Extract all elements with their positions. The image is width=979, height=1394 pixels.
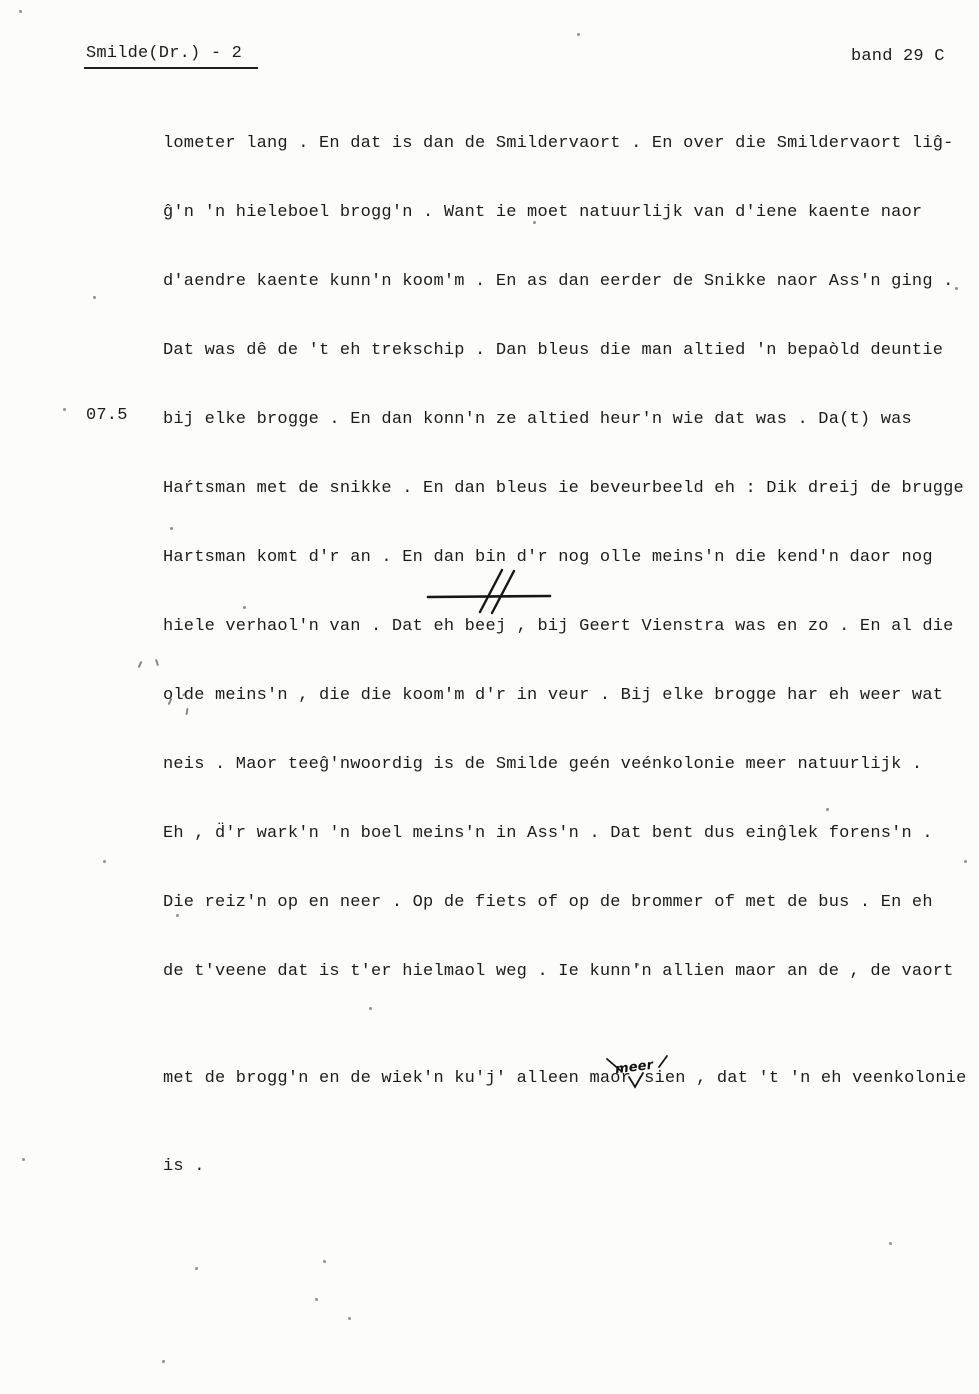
text-line: d'aendre kaente kunn'n koom'm . En as da… [163, 266, 967, 297]
text-segment: met de brogg'n en de wiek'n ku'j' alleen… [163, 1069, 631, 1088]
text-line: Die reiz'n op en neer . Op de fiets of o… [163, 887, 967, 918]
scanned-document-page: Smilde(Dr.) - 2 band 29 C 07.5 lometer l… [0, 0, 979, 1394]
text-line: Haŕtsman met de snikke . En dan bleus ie… [163, 473, 967, 504]
scan-speck [533, 221, 536, 224]
text-line: neis . Maor teeĝ'nwoordig is de Smilde g… [163, 749, 967, 780]
scan-speck [243, 606, 246, 609]
text-line: olde meins'n , die die koom'm d'r in veu… [163, 680, 967, 711]
scan-speck [19, 10, 22, 13]
scan-speck [176, 914, 179, 917]
scan-speck [22, 1158, 25, 1161]
text-line-with-insertion: met de brogg'n en de wiek'n ku'j' alleen… [163, 1063, 967, 1094]
text-line: Dat was dê de 't eh trekschip . Dan bleu… [163, 335, 967, 366]
scan-speck [195, 1267, 198, 1270]
page-header-band-label: band 29 C [851, 47, 945, 66]
text-line: is . [163, 1151, 967, 1182]
scan-speck [636, 963, 639, 966]
text-line: de t'veene dat is t'er hielmaol weg . Ie… [163, 956, 967, 987]
scan-speck [955, 287, 958, 290]
scan-speck [323, 1260, 326, 1263]
scan-speck [826, 808, 829, 811]
scan-speck [103, 860, 106, 863]
scan-speck [369, 1007, 372, 1010]
scan-speck [315, 1298, 318, 1301]
text-line: Eh , d̈'r wark'n 'n boel meins'n in Ass'… [163, 818, 967, 849]
page-header-title: Smilde(Dr.) - 2 [84, 44, 258, 69]
scan-speck [170, 527, 173, 530]
scan-speck [162, 1360, 165, 1363]
pencil-mark [155, 659, 159, 666]
text-line: ĝ'n 'n hieleboel brogg'n . Want ie moet … [163, 197, 967, 228]
scan-speck [964, 860, 967, 863]
scan-speck [577, 33, 580, 36]
scan-speck [63, 408, 66, 411]
end-of-text-mark [424, 564, 554, 616]
pencil-mark [138, 661, 143, 668]
text-segment: sien , dat 't 'n eh veenkolonie [644, 1069, 966, 1088]
insertion-anchor: meer [631, 1081, 644, 1082]
transcription-body: lometer lang . En dat is dan de Smilderv… [163, 90, 967, 1220]
text-line: lometer lang . En dat is dan de Smilderv… [163, 128, 967, 159]
handwritten-insertion-word: meer [613, 1050, 655, 1085]
text-line: hiele verhaol'n van . Dat eh beej , bij … [163, 611, 967, 642]
tape-counter-marker: 07.5 [86, 400, 128, 431]
scan-speck [93, 296, 96, 299]
scan-speck [889, 1242, 892, 1245]
text-line: bij elke brogge . En dan konn'n ze altie… [163, 404, 967, 435]
text-line: Hartsman komt d'r an . En dan bin d'r no… [163, 542, 967, 573]
scan-speck [348, 1317, 351, 1320]
